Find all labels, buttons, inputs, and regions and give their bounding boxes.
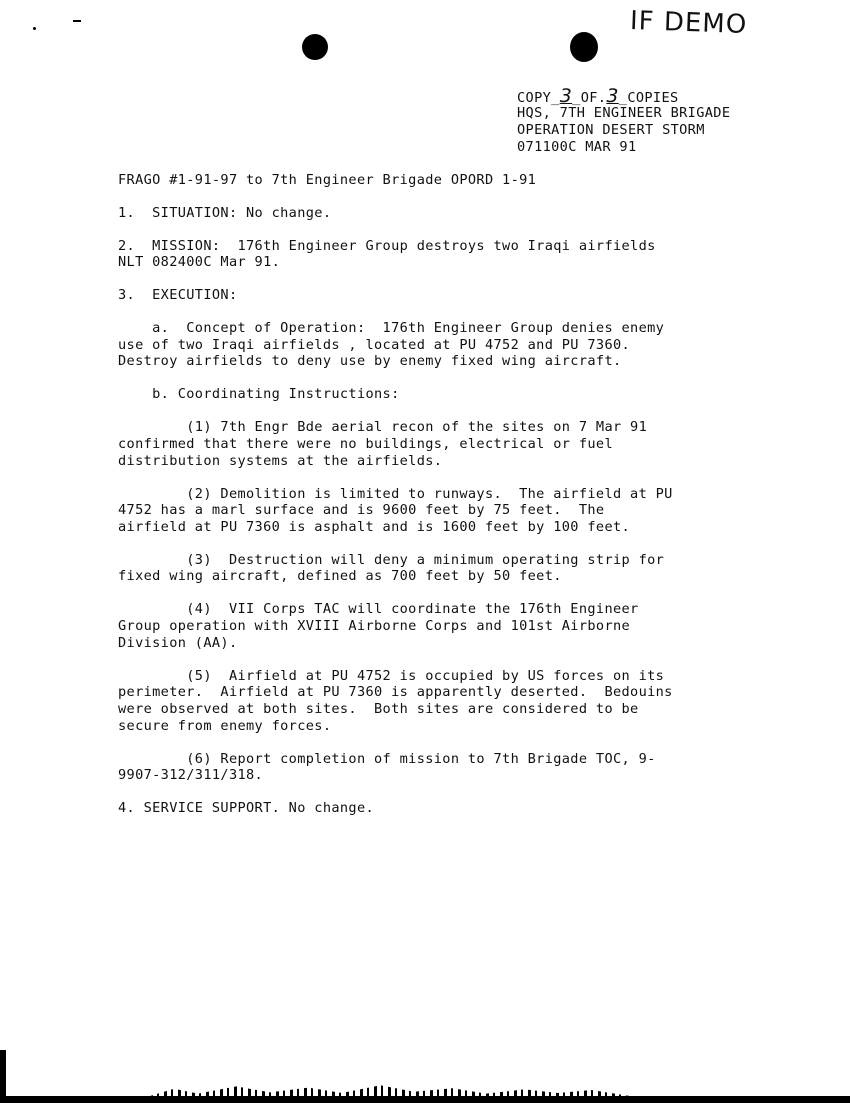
coordinating-heading: b. Coordinating Instructions:	[118, 386, 400, 403]
instruction-2-l3: airfield at PU 7360 is asphalt and is 16…	[118, 519, 630, 536]
instruction-2-l1: (2) Demolition is limited to runways. Th…	[118, 486, 673, 503]
instruction-6-l2: 9907-312/311/318.	[118, 767, 263, 784]
instruction-1-l2: confirmed that there were no buildings, …	[118, 436, 613, 453]
copy-prefix: COPY	[517, 90, 551, 106]
situation-paragraph: 1. SITUATION: No change.	[118, 205, 331, 222]
copy-number: 3	[560, 85, 572, 107]
punch-hole-left	[302, 34, 328, 60]
instruction-4-l3: Division (AA).	[118, 635, 237, 652]
header-unit: HQS, 7TH ENGINEER BRIGADE	[517, 105, 730, 122]
service-support-paragraph: 4. SERVICE SUPPORT. No change.	[118, 800, 374, 817]
instruction-1-l1: (1) 7th Engr Bde aerial recon of the sit…	[118, 419, 647, 436]
scan-noise	[150, 1084, 630, 1096]
instruction-5-l2: perimeter. Airfield at PU 7360 is appare…	[118, 684, 673, 701]
handwritten-note: IF DEMO	[630, 6, 748, 40]
instruction-3-l1: (3) Destruction will deny a minimum oper…	[118, 552, 664, 569]
copy-of: OF	[581, 90, 598, 106]
instruction-3-l2: fixed wing aircraft, defined as 700 feet…	[118, 568, 562, 585]
instruction-4-l2: Group operation with XVIII Airborne Corp…	[118, 618, 630, 635]
scan-bottom-edge	[0, 1096, 850, 1103]
mission-paragraph-l1: 2. MISSION: 176th Engineer Group destroy…	[118, 238, 656, 255]
instruction-4-l1: (4) VII Corps TAC will coordinate the 17…	[118, 601, 639, 618]
scan-left-edge	[0, 1050, 6, 1103]
copy-total: 3	[606, 85, 618, 107]
document-title: FRAGO #1-91-97 to 7th Engineer Brigade O…	[118, 172, 536, 189]
header-dtg: 071100C MAR 91	[517, 139, 636, 156]
concept-paragraph-l2: use of two Iraqi airfields , located at …	[118, 337, 630, 354]
instruction-5-l4: secure from enemy forces.	[118, 718, 331, 735]
punch-hole-right	[570, 32, 598, 62]
header-operation: OPERATION DESERT STORM	[517, 122, 705, 139]
scan-dash	[73, 20, 81, 22]
concept-paragraph-l3: Destroy airfields to deny use by enemy f…	[118, 353, 622, 370]
scan-speck	[33, 27, 36, 30]
mission-paragraph-l2: NLT 082400C Mar 91.	[118, 254, 280, 271]
instruction-5-l1: (5) Airfield at PU 4752 is occupied by U…	[118, 668, 664, 685]
instruction-5-l3: were observed at both sites. Both sites …	[118, 701, 639, 718]
instruction-2-l2: 4752 has a marl surface and is 9600 feet…	[118, 502, 604, 519]
copy-suffix: COPIES	[627, 90, 678, 106]
instruction-6-l1: (6) Report completion of mission to 7th …	[118, 751, 656, 768]
concept-paragraph-l1: a. Concept of Operation: 176th Engineer …	[118, 320, 664, 337]
instruction-1-l3: distribution systems at the airfields.	[118, 453, 442, 470]
execution-heading: 3. EXECUTION:	[118, 287, 237, 304]
